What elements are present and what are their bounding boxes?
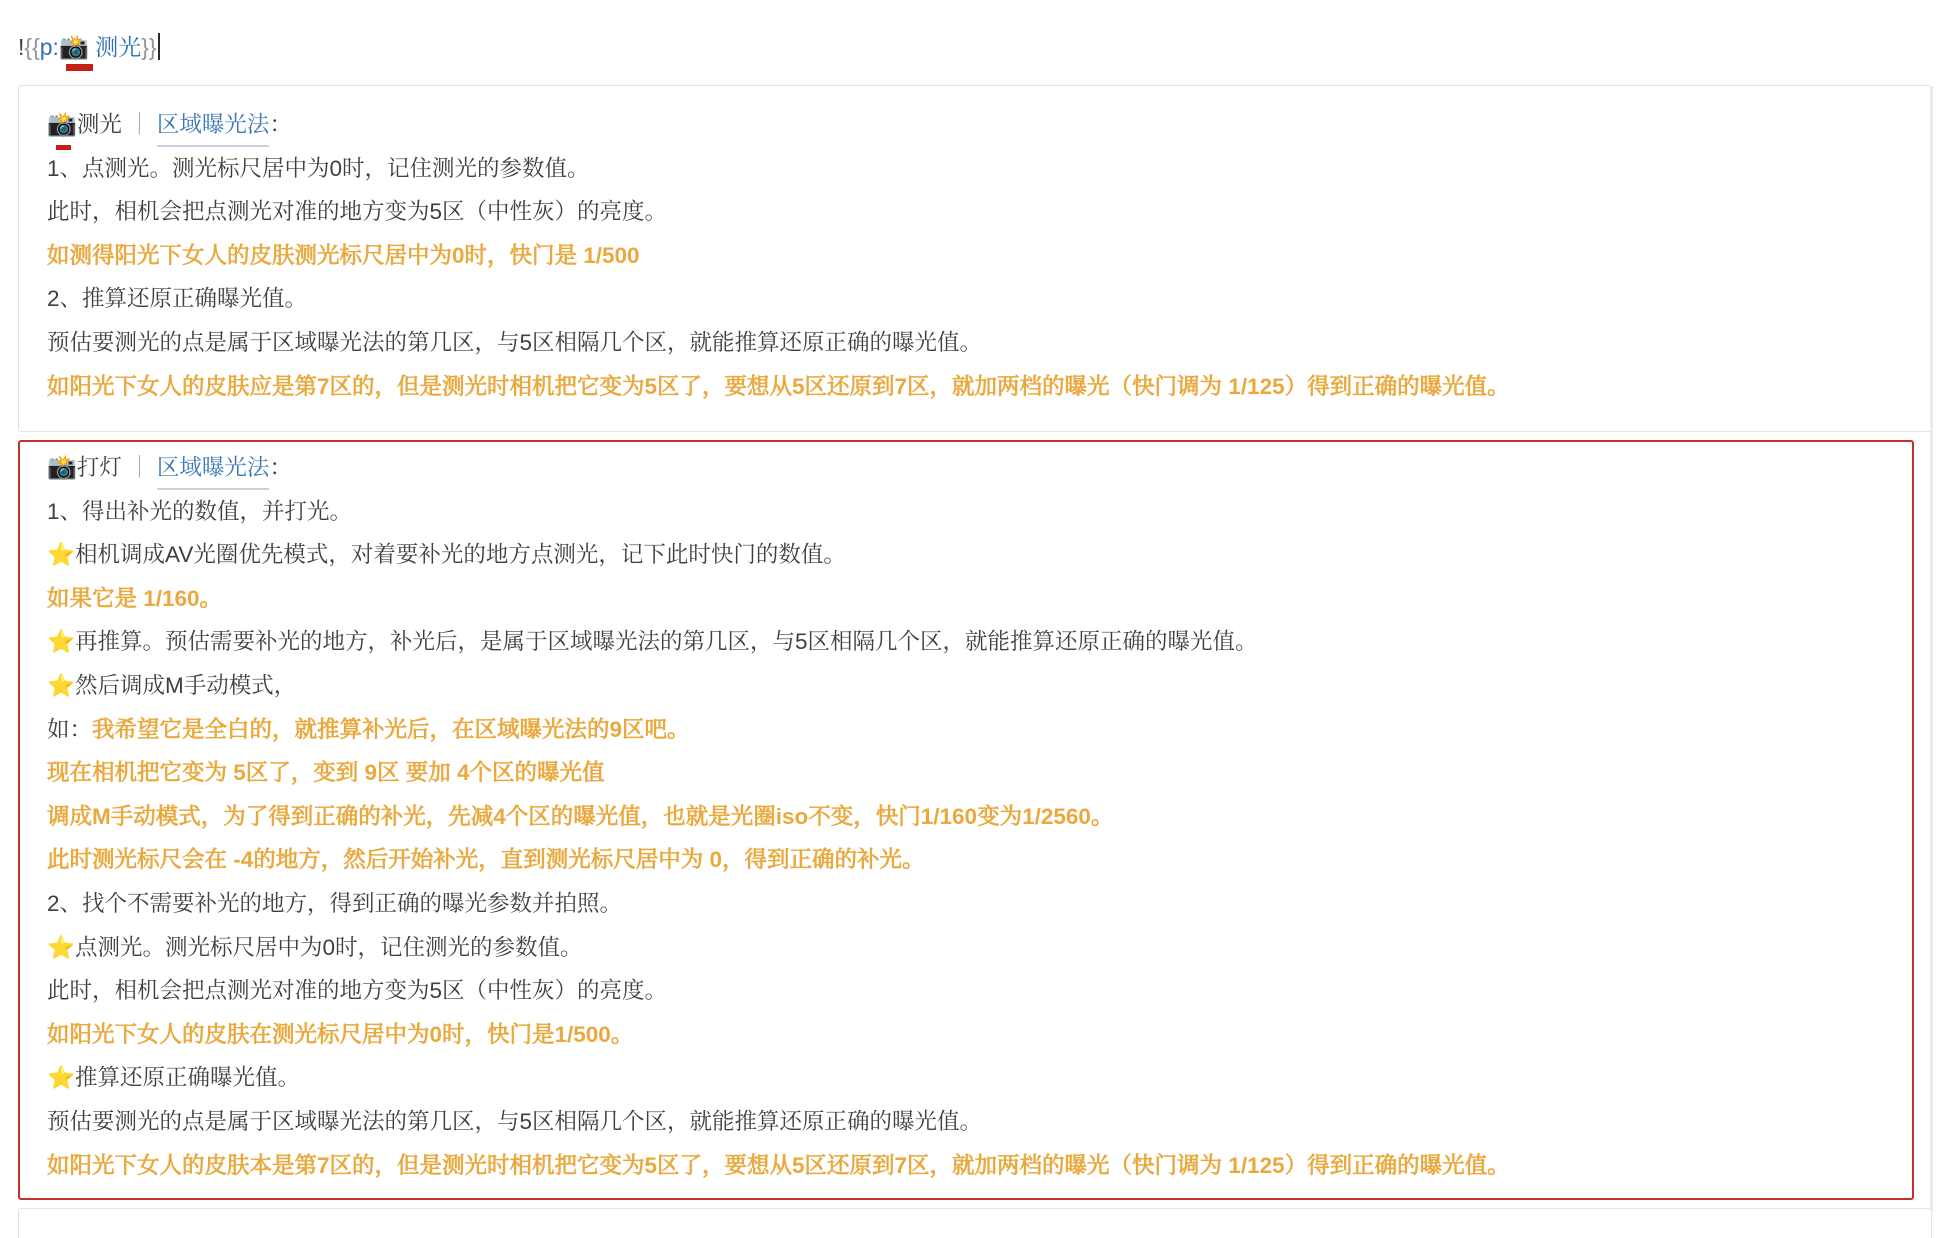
body-text: 2、找个不需要补光的地方，得到正确的曝光参数并拍照。 (47, 891, 622, 916)
text-caret (158, 33, 160, 60)
body-text: 此时，相机会把点测光对准的地方变为5区（中性灰）的亮度。 (47, 199, 667, 224)
body-text: 如： (47, 717, 92, 742)
highlighted-text: 如阳光下女人的皮肤应是第7区的，但是测光时相机把它变为5区了，要想从5区还原到7… (47, 374, 1510, 399)
header-colon: ： (269, 112, 292, 137)
text-line: 预估要测光的点是属于区域曝光法的第几区，与5区相隔几个区，就能推算还原正确的曝光… (47, 321, 1905, 365)
highlighted-text: 如阳光下女人的皮肤在测光标尺居中为0时，快门是1/500。 (47, 1022, 633, 1047)
text-line: ⭐点测光。测光标尺居中为0时，记住测光的参数值。 (47, 926, 1888, 970)
metering-note-block[interactable]: 📸测光 ｜ 区域曝光法： 1、点测光。测光标尺居中为0时，记住测光的参数值。此时… (18, 85, 1932, 432)
block-body: 1、得出补光的数值，并打光。⭐相机调成AV光圈优先模式，对着要补光的地方点测光，… (47, 490, 1888, 1188)
text-line: ⭐推算还原正确曝光值。 (47, 1056, 1888, 1100)
body-text: 2、推算还原正确曝光值。 (47, 286, 307, 311)
highlighted-text: 如测得阳光下女人的皮肤测光标尺居中为0时，快门是 1/500 (47, 243, 640, 268)
camera-flash-icon: 📸 (47, 446, 77, 490)
camera-flash-icon: 📸 (59, 31, 89, 65)
body-text: ⭐相机调成AV光圈优先模式，对着要补光的地方点测光，记下此时快门的数值。 (47, 542, 846, 567)
spellcheck-mark (66, 64, 93, 71)
block-title: 打灯 (77, 455, 122, 480)
highlighted-text: 此时测光标尺会在 -4的地方，然后开始补光，直到测光标尺居中为 0，得到正确的补… (47, 847, 925, 872)
text-line: 如果它是 1/160。 (47, 577, 1888, 621)
embed-open-braces: {{ (24, 34, 39, 60)
lighting-note-block[interactable]: 📸打灯 ｜ 区域曝光法： 1、得出补光的数值，并打光。⭐相机调成AV光圈优先模式… (18, 440, 1914, 1200)
text-line: 1、得出补光的数值，并打光。 (47, 490, 1888, 534)
zone-system-link[interactable]: 区域曝光法 (157, 109, 270, 140)
body-text: 此时，相机会把点测光对准的地方变为5区（中性灰）的亮度。 (47, 978, 667, 1003)
highlighted-text: 如阳光下女人的皮肤本是第7区的，但是测光时相机把它变为5区了，要想从5区还原到7… (47, 1153, 1510, 1178)
text-line: 如阳光下女人的皮肤在测光标尺居中为0时，快门是1/500。 (47, 1013, 1888, 1057)
text-line: 如阳光下女人的皮肤本是第7区的，但是测光时相机把它变为5区了，要想从5区还原到7… (47, 1144, 1888, 1188)
text-line: 如测得阳光下女人的皮肤测光标尺居中为0时，快门是 1/500 (47, 234, 1905, 278)
spellcheck-mark (56, 145, 71, 150)
header-colon: ： (269, 455, 292, 480)
highlighted-text: 我希望它是全白的，就推算补光后，在区域曝光法的9区吧。 (92, 717, 690, 742)
embed-close-braces: }} (141, 34, 156, 60)
text-line: 现在相机把它变为 5区了，变到 9区 要加 4个区的曝光值 (47, 751, 1888, 795)
body-text: ⭐推算还原正确曝光值。 (47, 1065, 300, 1090)
text-line: 预估要测光的点是属于区域曝光法的第几区，与5区相隔几个区，就能推算还原正确的曝光… (47, 1100, 1888, 1144)
text-line: 如阳光下女人的皮肤应是第7区的，但是测光时相机把它变为5区了，要想从5区还原到7… (47, 365, 1905, 409)
camera-flash-icon: 📸 (47, 103, 77, 147)
block-header: 📸测光 ｜ 区域曝光法： (47, 103, 1905, 147)
header-separator: ｜ (122, 455, 157, 480)
body-text: 1、得出补光的数值，并打光。 (47, 499, 352, 524)
embed-key: p: (40, 34, 59, 60)
embed-syntax-line: !{{p:📸 测光}} (18, 30, 160, 65)
text-line: 此时，相机会把点测光对准的地方变为5区（中性灰）的亮度。 (47, 969, 1888, 1013)
text-line: 1、点测光。测光标尺居中为0时，记住测光的参数值。 (47, 147, 1905, 191)
text-line: 调成M手动模式，为了得到正确的补光，先减4个区的曝光值，也就是光圈iso不变，快… (47, 795, 1888, 839)
text-line: 此时，相机会把点测光对准的地方变为5区（中性灰）的亮度。 (47, 190, 1905, 234)
text-line: ⭐然后调成M手动模式， (47, 664, 1888, 708)
header-separator: ｜ (122, 112, 157, 137)
text-line: 2、推算还原正确曝光值。 (47, 277, 1905, 321)
body-text: 1、点测光。测光标尺居中为0时，记住测光的参数值。 (47, 156, 590, 181)
highlighted-text: 现在相机把它变为 5区了，变到 9区 要加 4个区的曝光值 (47, 760, 605, 785)
text-line: ⭐再推算。预估需要补光的地方，补光后，是属于区域曝光法的第几区，与5区相隔几个区… (47, 620, 1888, 664)
body-text: ⭐点测光。测光标尺居中为0时，记住测光的参数值。 (47, 935, 583, 960)
text-line: 此时测光标尺会在 -4的地方，然后开始补光，直到测光标尺居中为 0，得到正确的补… (47, 838, 1888, 882)
highlighted-text: 调成M手动模式，为了得到正确的补光，先减4个区的曝光值，也就是光圈iso不变，快… (47, 804, 1113, 829)
block-title: 测光 (77, 112, 122, 137)
text-line: ⭐相机调成AV光圈优先模式，对着要补光的地方点测光，记下此时快门的数值。 (47, 533, 1888, 577)
body-text: ⭐然后调成M手动模式， (47, 673, 296, 698)
embed-scrollbar[interactable] (1930, 86, 1933, 1212)
block-body: 1、点测光。测光标尺居中为0时，记住测光的参数值。此时，相机会把点测光对准的地方… (47, 147, 1905, 409)
block-header: 📸打灯 ｜ 区域曝光法： (47, 446, 1888, 490)
body-text: 预估要测光的点是属于区域曝光法的第几区，与5区相隔几个区，就能推算还原正确的曝光… (47, 1109, 982, 1134)
text-line: 如：我希望它是全白的，就推算补光后，在区域曝光法的9区吧。 (47, 708, 1888, 752)
body-text: 预估要测光的点是属于区域曝光法的第几区，与5区相隔几个区，就能推算还原正确的曝光… (47, 330, 982, 355)
text-line: 2、找个不需要补光的地方，得到正确的曝光参数并拍照。 (47, 882, 1888, 926)
next-block-top-edge (18, 1208, 1932, 1238)
embed-note-link[interactable]: 测光 (95, 34, 141, 60)
highlighted-text: 如果它是 1/160。 (47, 586, 222, 611)
body-text: ⭐再推算。预估需要补光的地方，补光后，是属于区域曝光法的第几区，与5区相隔几个区… (47, 629, 1258, 654)
zone-system-link[interactable]: 区域曝光法 (157, 452, 270, 483)
